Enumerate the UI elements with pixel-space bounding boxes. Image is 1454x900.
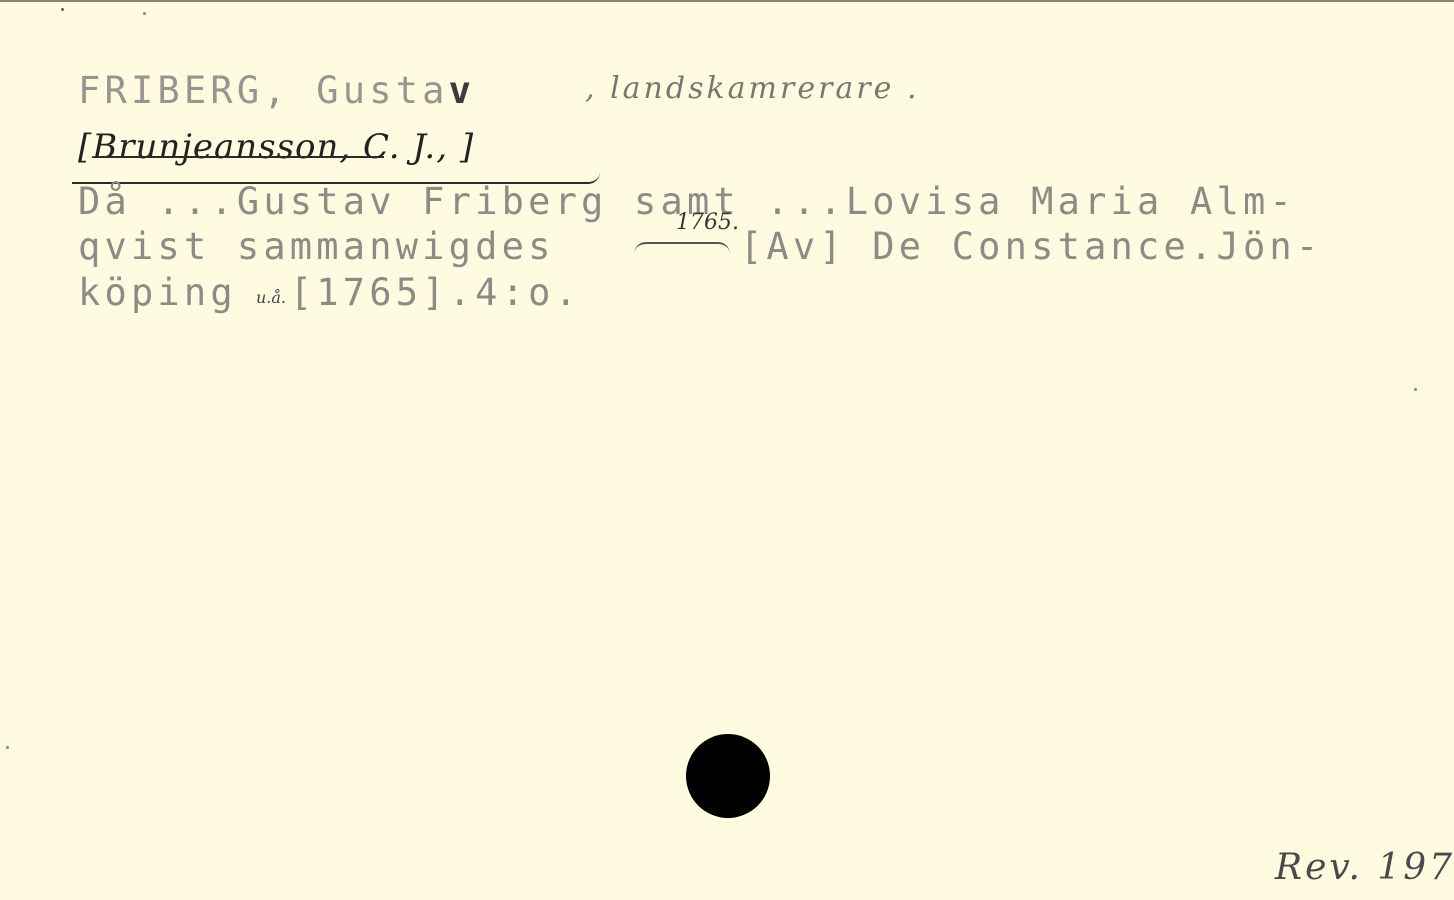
author-annotation: [Brunjeansson, C. J., ]: [78, 130, 474, 164]
card-top-edge: [0, 0, 1454, 2]
paper-speck: [143, 12, 146, 15]
card-heading: FRIBERG, Gustav: [78, 72, 475, 109]
paper-speck: [6, 746, 9, 749]
author-underline: [100, 156, 384, 158]
heading-name: FRIBERG, Gusta: [78, 69, 449, 112]
body-line-3: köping [1765].4:o.: [78, 274, 581, 311]
place-annotation: u.å.: [256, 290, 286, 306]
revision-note: Rev. 1970: [1275, 850, 1454, 886]
inserted-date-annotation: 1765.: [676, 212, 739, 234]
insertion-mark: [634, 242, 730, 258]
paper-speck: [61, 8, 64, 11]
catalog-card: FRIBERG, Gustav , landskamrerare . [Brun…: [0, 0, 1454, 900]
heading-name-last-char: v: [449, 69, 475, 112]
occupation-annotation: , landskamrerare .: [585, 74, 919, 104]
punch-hole: [686, 734, 770, 818]
paper-speck: [1414, 388, 1417, 391]
